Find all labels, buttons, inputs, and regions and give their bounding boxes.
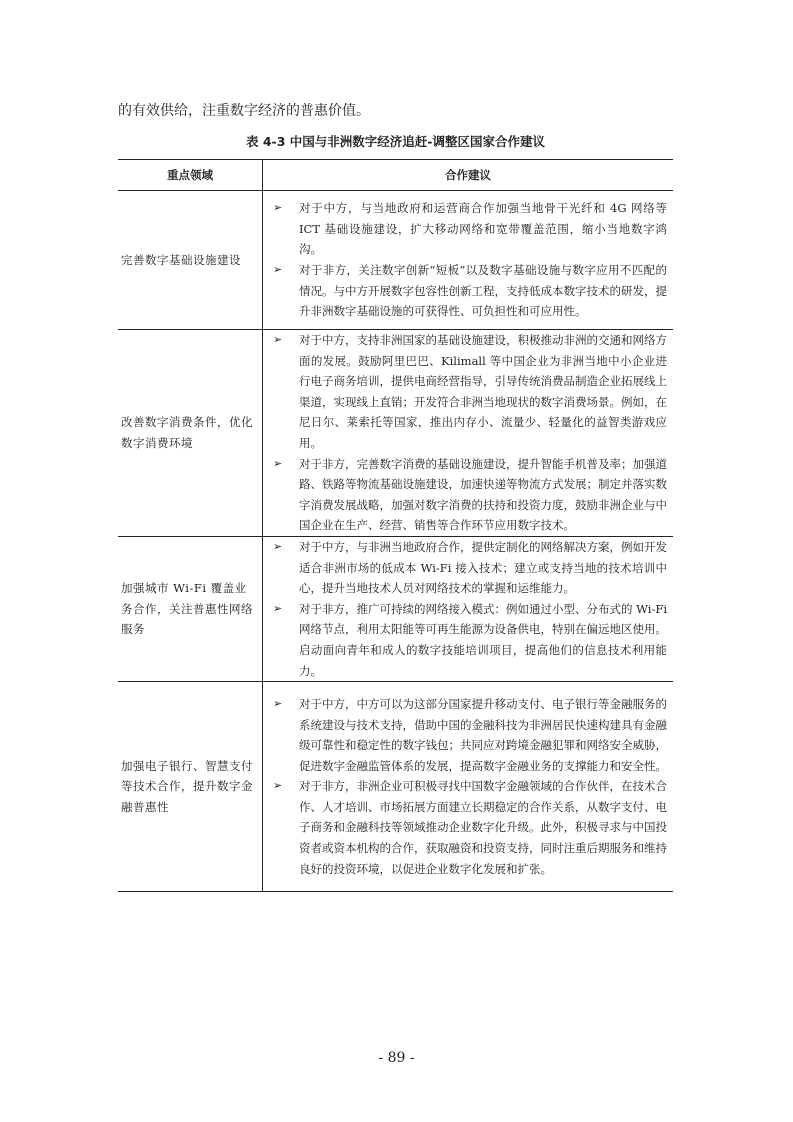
bullet-item: ➢对于中方，与非洲当地政府合作，提供定制化的网络解决方案，例如开发适合非洲市场的… xyxy=(273,537,667,599)
table-header-row: 重点领域 合作建议 xyxy=(118,160,673,191)
bullet-item: ➢对于非方，推广可持续的网络接入模式：例如通过小型、分布式的 Wi-Fi 网络节… xyxy=(273,599,667,681)
area-cell: 改善数字消费条件，优化数字消费环境 xyxy=(118,330,263,537)
cooperation-table: 重点领域 合作建议 完善数字基础设施建设 ➢对于中方，与当地政府和运营商合作加强… xyxy=(118,159,673,892)
arrow-bullet-icon: ➢ xyxy=(273,537,299,599)
area-cell: 完善数字基础设施建设 xyxy=(118,191,263,330)
arrow-bullet-icon: ➢ xyxy=(273,454,299,536)
suggestions-cell: ➢对于中方，与非洲当地政府合作，提供定制化的网络解决方案，例如开发适合非洲市场的… xyxy=(263,536,674,681)
area-cell: 加强城市 Wi-Fi 覆盖业务合作，关注普惠性网络服务 xyxy=(118,536,263,681)
arrow-bullet-icon: ➢ xyxy=(273,776,299,879)
bullet-item: ➢对于非方，非洲企业可积极寻找中国数字金融领域的合作伙伴，在技术合作、人才培训、… xyxy=(273,776,667,879)
bullet-item: ➢对于非方，完善数字消费的基础设施建设，提升智能手机普及率；加强道路、铁路等物流… xyxy=(273,454,667,536)
table-row: 完善数字基础设施建设 ➢对于中方，与当地政府和运营商合作加强当地骨干光纤和 4G… xyxy=(118,191,673,330)
lead-paragraph: 的有效供给，注重数字经济的普惠价值。 xyxy=(118,101,370,121)
table-row: 加强电子银行、智慧支付等技术合作，提升数字金融普惠性 ➢对于中方，中方可以为这部… xyxy=(118,682,673,892)
bullet-item: ➢对于非方，关注数字创新“短板”以及数字基础设施与数字应用不匹配的情况。与中方开… xyxy=(273,260,667,322)
table-row: 改善数字消费条件，优化数字消费环境 ➢对于中方，支持非洲国家的基础设施建设，积极… xyxy=(118,330,673,537)
page-number: - 89 - xyxy=(0,1050,793,1066)
table-row: 加强城市 Wi-Fi 覆盖业务合作，关注普惠性网络服务 ➢对于中方，与非洲当地政… xyxy=(118,536,673,681)
area-cell: 加强电子银行、智慧支付等技术合作，提升数字金融普惠性 xyxy=(118,682,263,892)
arrow-bullet-icon: ➢ xyxy=(273,599,299,681)
table-caption: 表 4-3 中国与非洲数字经济追赶-调整区国家合作建议 xyxy=(118,132,673,150)
suggestions-cell: ➢对于中方，中方可以为这部分国家提升移动支付、电子银行等金融服务的系统建设与技术… xyxy=(263,682,674,892)
bullet-item: ➢对于中方，中方可以为这部分国家提升移动支付、电子银行等金融服务的系统建设与技术… xyxy=(273,694,667,776)
arrow-bullet-icon: ➢ xyxy=(273,260,299,322)
arrow-bullet-icon: ➢ xyxy=(273,198,299,260)
suggestions-cell: ➢对于中方，与当地政府和运营商合作加强当地骨干光纤和 4G 网络等 ICT 基础… xyxy=(263,191,674,330)
arrow-bullet-icon: ➢ xyxy=(273,694,299,776)
bullet-item: ➢对于中方，与当地政府和运营商合作加强当地骨干光纤和 4G 网络等 ICT 基础… xyxy=(273,198,667,260)
arrow-bullet-icon: ➢ xyxy=(273,330,299,454)
suggestions-cell: ➢对于中方，支持非洲国家的基础设施建设，积极推动非洲的交通和网络方面的发展。鼓励… xyxy=(263,330,674,537)
bullet-item: ➢对于中方，支持非洲国家的基础设施建设，积极推动非洲的交通和网络方面的发展。鼓励… xyxy=(273,330,667,454)
header-area: 重点领域 xyxy=(118,160,263,191)
header-suggestions: 合作建议 xyxy=(263,160,674,191)
